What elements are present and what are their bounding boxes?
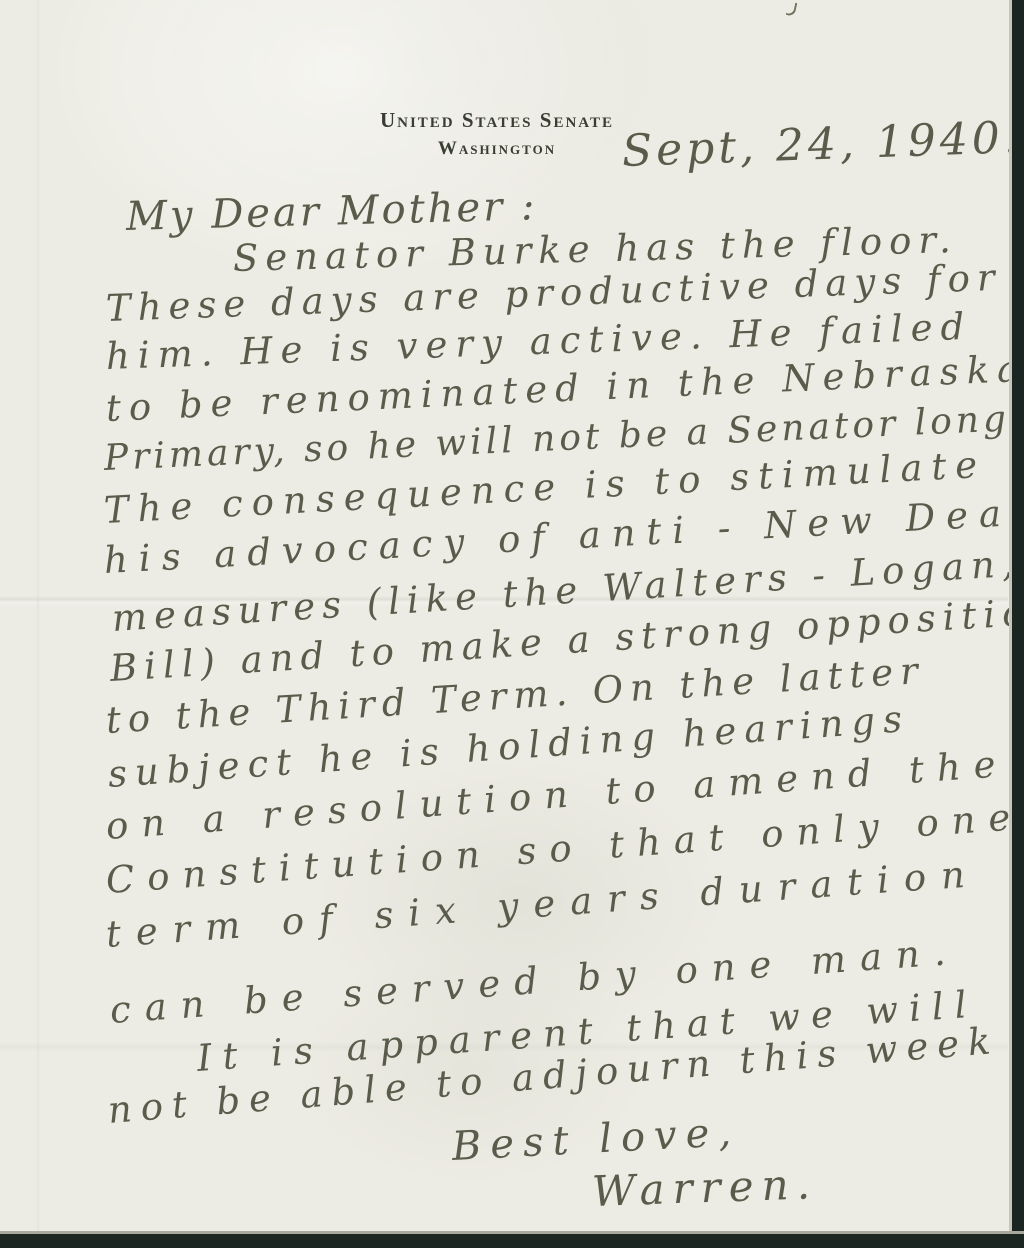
letterhead-organization: United States Senate bbox=[352, 108, 642, 133]
letterhead: United States Senate Washington bbox=[352, 108, 642, 160]
closing: Best love, bbox=[451, 1109, 741, 1170]
signature: Warren. bbox=[591, 1160, 819, 1216]
scan-border-right bbox=[1009, 0, 1024, 1248]
date: Sept, 24, 1940. bbox=[621, 113, 1022, 178]
letter-scan: United States Senate Washington Sept, 24… bbox=[0, 0, 1024, 1248]
letterhead-city: Washington bbox=[352, 138, 642, 160]
stray-ink-mark bbox=[786, 1, 798, 17]
fold-crease bbox=[36, 0, 40, 1232]
scan-border-bottom bbox=[0, 1231, 1024, 1248]
